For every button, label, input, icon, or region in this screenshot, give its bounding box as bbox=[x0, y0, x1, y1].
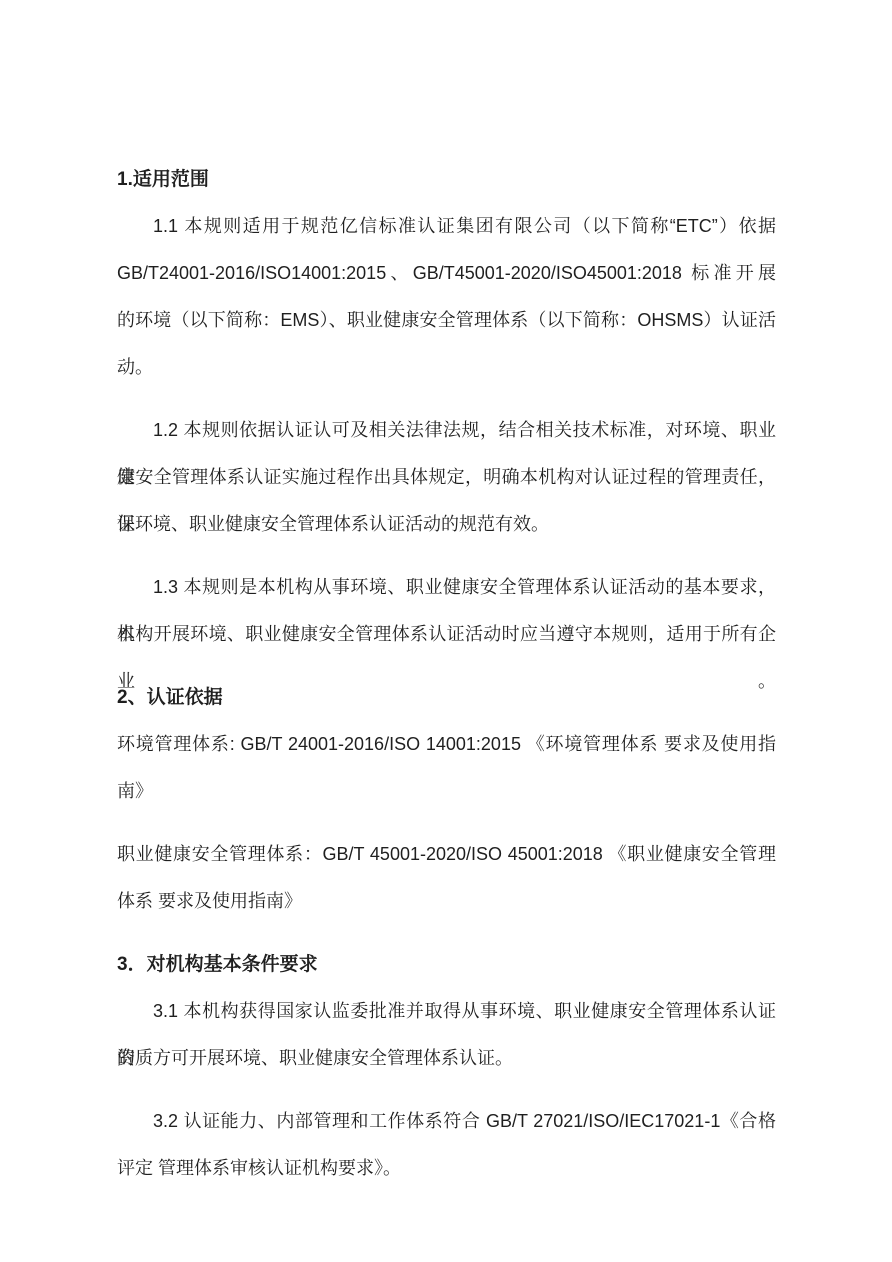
text-line: GB/T24001-2016/ISO14001:2015、GB/T45001-2… bbox=[117, 250, 776, 297]
document-page: 1.适用范围 1.1 本规则适用于规范亿信标准认证集团有限公司（以下简称“ETC… bbox=[0, 0, 892, 1262]
section-scope: 1.适用范围 1.1 本规则适用于规范亿信标准认证集团有限公司（以下简称“ETC… bbox=[117, 156, 776, 658]
text-line: 评定 管理体系审核认证机构要求》。 bbox=[117, 1145, 776, 1192]
section-3-heading: 3．对机构基本条件要求 bbox=[117, 941, 776, 988]
text-line: 南》 bbox=[117, 768, 776, 815]
section-1-heading: 1.适用范围 bbox=[117, 156, 776, 203]
section-certification-basis: 2、认证依据 环境管理体系: GB/T 24001-2016/ISO 14001… bbox=[117, 674, 776, 925]
text-line: 职业健康安全管理体系：GB/T 45001-2020/ISO 45001:201… bbox=[117, 831, 776, 878]
text-line: 1.3 本规则是本机构从事环境、职业健康安全管理体系认证活动的基本要求，本 bbox=[117, 564, 776, 611]
text-line: 的环境（以下简称：EMS）、职业健康安全管理体系（以下简称：OHSMS）认证活 bbox=[117, 297, 776, 344]
text-line: 资质方可开展环境、职业健康安全管理体系认证。 bbox=[117, 1035, 776, 1082]
text-line: 环境管理体系: GB/T 24001-2016/ISO 14001:2015 《… bbox=[117, 721, 776, 768]
text-line: 1.1 本规则适用于规范亿信标准认证集团有限公司（以下简称“ETC”）依据 bbox=[117, 203, 776, 250]
text-line: 体系 要求及使用指南》 bbox=[117, 878, 776, 925]
text-line: 1.2 本规则依据认证认可及相关法律法规，结合相关技术标准，对环境、职业健 bbox=[117, 407, 776, 454]
text-line: 3.2 认证能力、内部管理和工作体系符合 GB/T 27021/ISO/IEC1… bbox=[117, 1098, 776, 1145]
text-line: 动。 bbox=[117, 344, 776, 391]
text-line: 3.1 本机构获得国家认监委批准并取得从事环境、职业健康安全管理体系认证的 bbox=[117, 988, 776, 1035]
section-basic-requirements: 3．对机构基本条件要求 3.1 本机构获得国家认监委批准并取得从事环境、职业健康… bbox=[117, 941, 776, 1192]
text-line: 机构开展环境、职业健康安全管理体系认证活动时应当遵守本规则，适用于所有企业。 bbox=[117, 611, 776, 658]
text-line: 康安全管理体系认证实施过程作出具体规定，明确本机构对认证过程的管理责任，保 bbox=[117, 454, 776, 501]
text-line: 证环境、职业健康安全管理体系认证活动的规范有效。 bbox=[117, 501, 776, 548]
